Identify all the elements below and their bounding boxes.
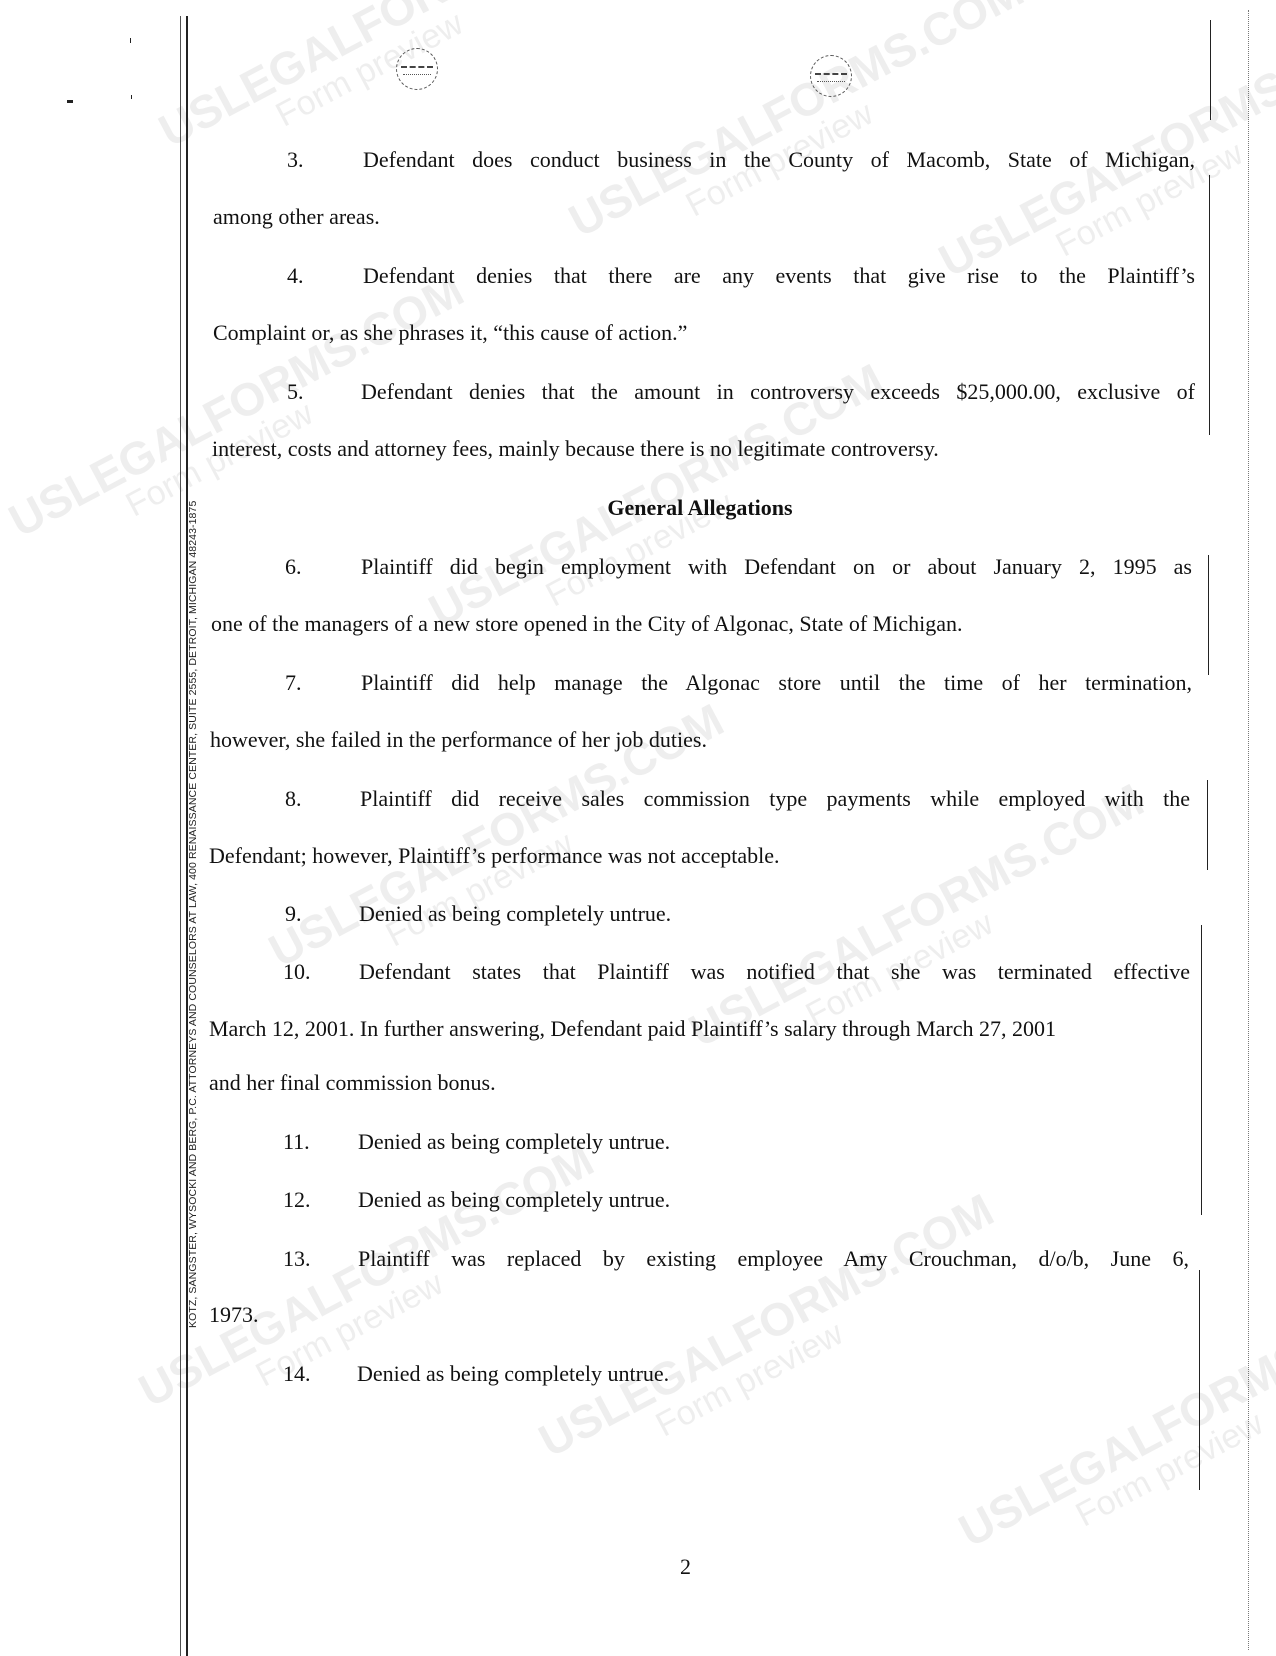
paragraph-number: 14.: [283, 1360, 311, 1388]
paragraph-number: 9.: [285, 900, 302, 928]
paragraph-number: 4.: [287, 262, 304, 290]
paragraph-text: however, she failed in the performance o…: [210, 726, 707, 754]
watermark: USLEGALFORMS.COMForm preview: [950, 1272, 1276, 1586]
paragraph-text: Plaintiff was replaced by existing emplo…: [358, 1245, 1189, 1273]
paragraph-text: and her final commission bonus.: [209, 1069, 496, 1097]
paragraph-text: Denied as being completely untrue.: [357, 1360, 669, 1388]
paragraph-text: Defendant states that Plaintiff was noti…: [359, 958, 1190, 986]
right-margin-rule: [1208, 555, 1209, 675]
paragraph-text: Complaint or, as she phrases it, “this c…: [213, 319, 687, 347]
paragraph-text: Plaintiff did receive sales commission t…: [360, 785, 1190, 813]
right-margin-rule: [1207, 780, 1208, 870]
paragraph-text: interest, costs and attorney fees, mainl…: [212, 435, 939, 463]
right-margin-rule: [1209, 175, 1210, 435]
court-stamp-icon: [810, 55, 852, 97]
right-margin-rule: [1201, 925, 1202, 1215]
right-dotted-rule: [1248, 10, 1250, 1650]
watermark: USLEGALFORMS.COMForm preview: [530, 1182, 1018, 1496]
watermark: USLEGALFORMS.COMForm preview: [560, 0, 1048, 277]
paragraph-number: 8.: [285, 785, 302, 813]
paragraph-number: 12.: [283, 1186, 311, 1214]
document-page: USLEGALFORMS.COMForm preview USLEGALFORM…: [0, 0, 1276, 1656]
right-margin-rule: [1210, 20, 1211, 120]
paragraph-text: Denied as being completely untrue.: [359, 900, 671, 928]
scan-mark: [131, 95, 132, 99]
paragraph-text: Defendant; however, Plaintiff’s performa…: [209, 842, 779, 870]
scan-mark: [67, 100, 73, 103]
watermark: USLEGALFORMS.COMForm preview: [130, 1132, 618, 1446]
paragraph-number: 5.: [287, 378, 304, 406]
paragraph-text: Plaintiff did begin employment with Defe…: [361, 553, 1192, 581]
watermark: USLEGALFORMS.COMForm preview: [0, 262, 488, 576]
paragraph-text: one of the managers of a new store opene…: [211, 610, 962, 638]
right-margin-rule: [1199, 1270, 1200, 1490]
paragraph-text: Plaintiff did help manage the Algonac st…: [361, 669, 1192, 697]
paragraph-text: March 12, 2001. In further answering, De…: [209, 1015, 1056, 1043]
paragraph-text: among other areas.: [213, 203, 380, 231]
left-margin-rule: [180, 16, 181, 1656]
paragraph-number: 11.: [283, 1128, 310, 1156]
scan-mark: [130, 38, 131, 43]
paragraph-text: Defendant denies that there are any even…: [363, 262, 1195, 290]
paragraph-text: Defendant does conduct business in the C…: [363, 146, 1195, 174]
paragraph-number: 6.: [285, 553, 302, 581]
section-heading: General Allegations: [0, 494, 1276, 522]
paragraph-text: Denied as being completely untrue.: [358, 1128, 670, 1156]
paragraph-text: Defendant denies that the amount in cont…: [361, 378, 1195, 406]
paragraph-text: Denied as being completely untrue.: [358, 1186, 670, 1214]
paragraph-number: 13.: [283, 1245, 311, 1273]
paragraph-number: 3.: [287, 146, 304, 174]
page-number: 2: [680, 1554, 691, 1580]
paragraph-number: 7.: [285, 669, 302, 697]
court-stamp-icon: [396, 48, 438, 90]
firm-name-margin-text: KOTZ, SANGSTER, WYSOCKI AND BERG, P.C. A…: [186, 318, 200, 1328]
paragraph-number: 10.: [283, 958, 311, 986]
paragraph-text: 1973.: [209, 1301, 259, 1329]
